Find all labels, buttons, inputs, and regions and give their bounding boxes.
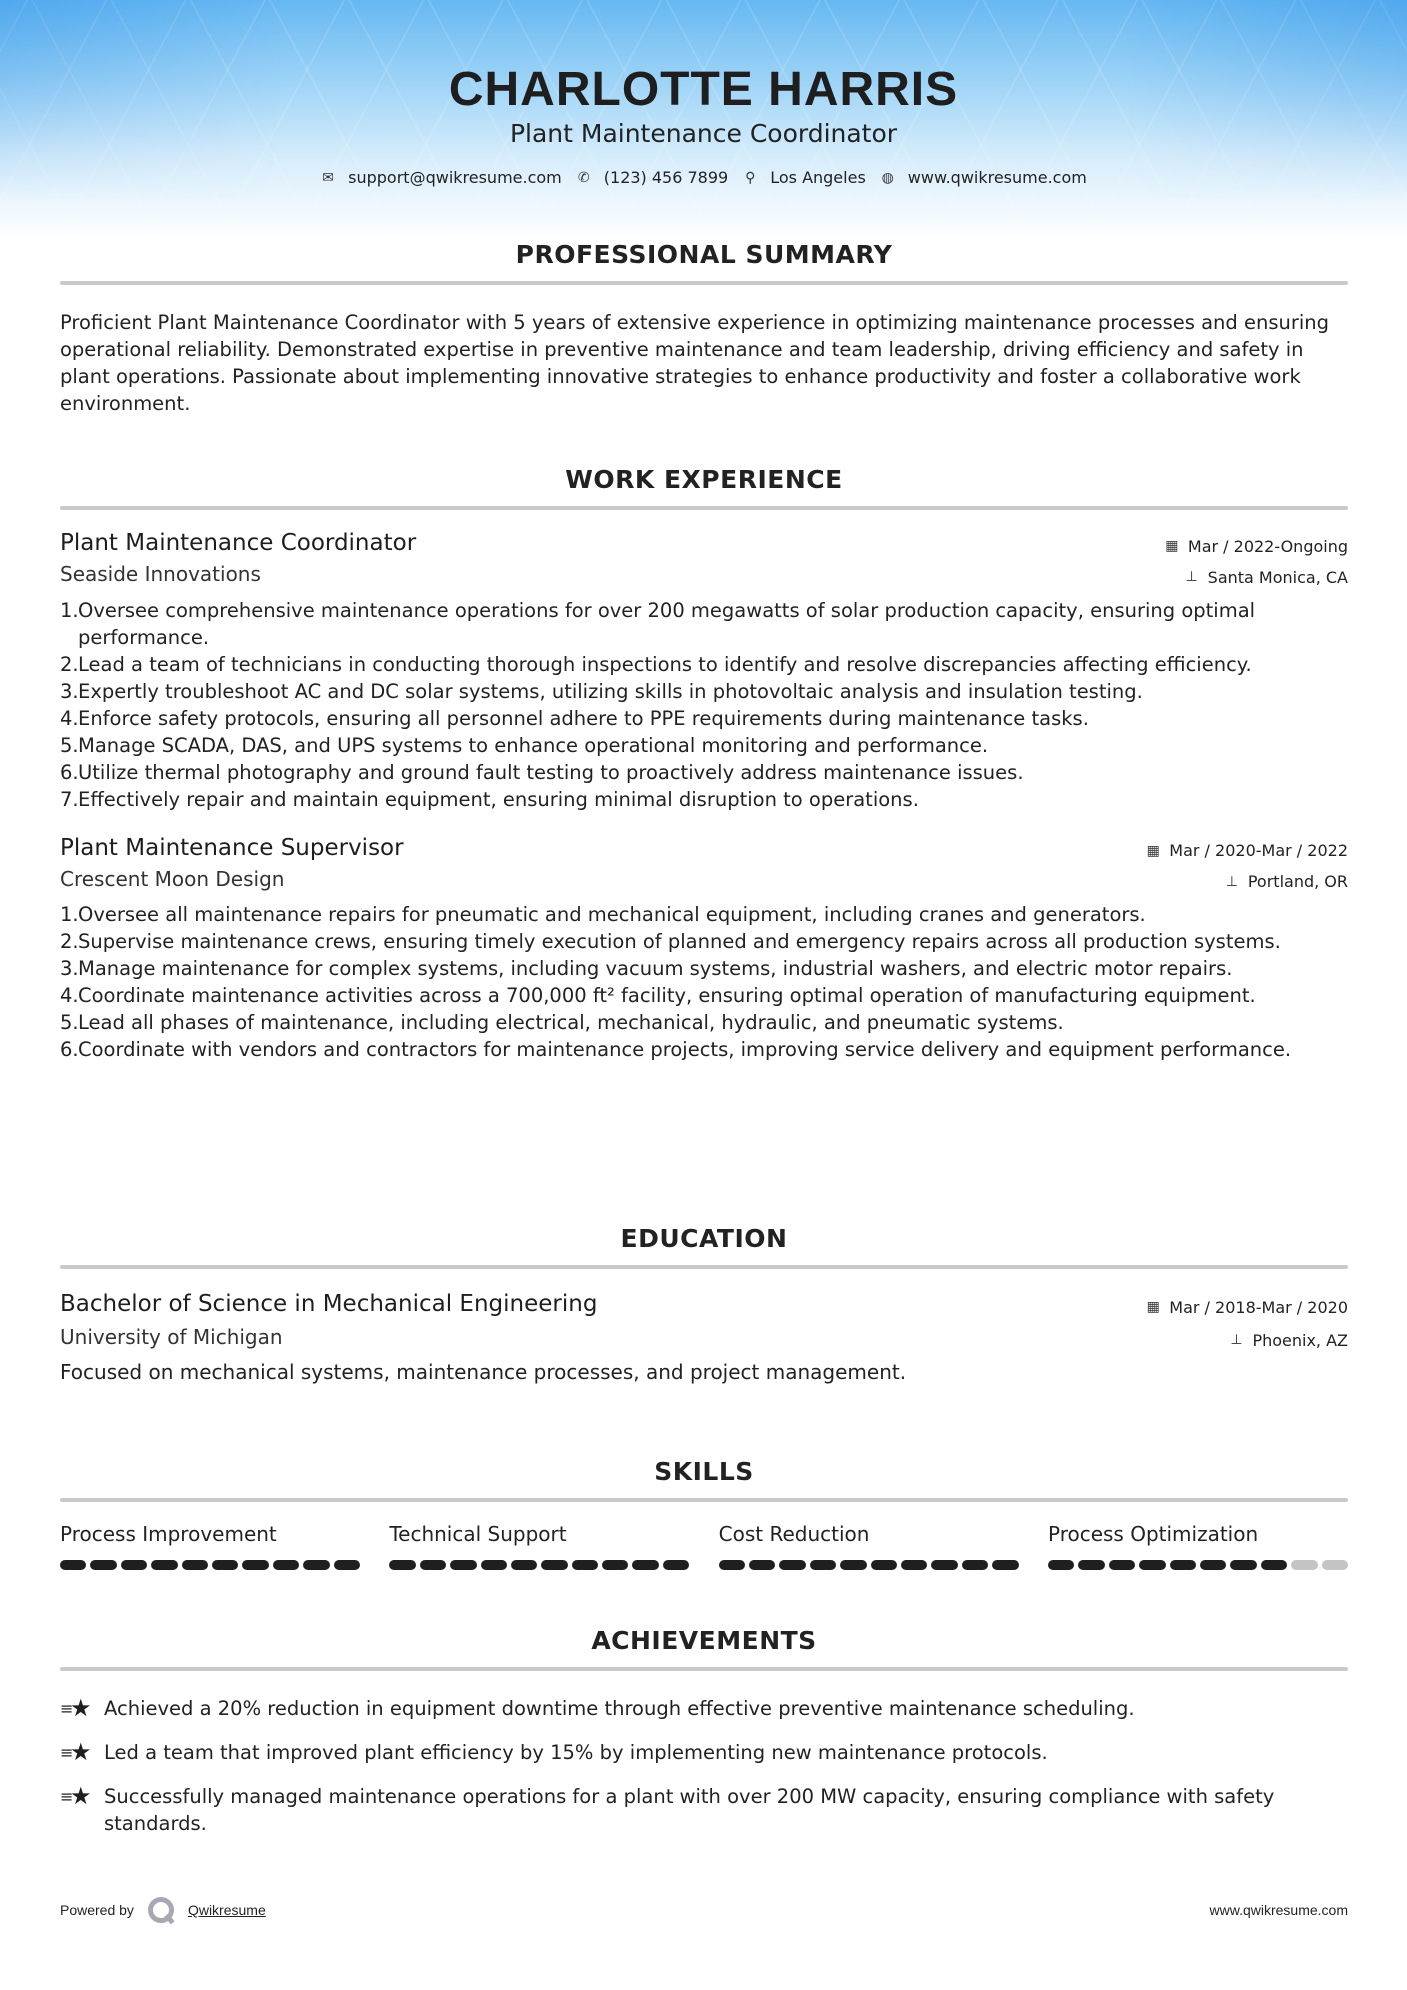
- candidate-title: Plant Maintenance Coordinator: [0, 119, 1407, 148]
- education-section: EDUCATION Bachelor of Science in Mechani…: [60, 1224, 1348, 1384]
- job-bullets: 1.Oversee comprehensive maintenance oper…: [60, 597, 1348, 813]
- bullet-item: 7.Effectively repair and maintain equipm…: [60, 786, 1348, 813]
- skill-item: Cost Reduction: [719, 1522, 1019, 1570]
- skill-level-segment: [602, 1560, 628, 1570]
- skill-level-segment: [1291, 1560, 1317, 1570]
- job-entry: Plant Maintenance Coordinator ▦Mar / 202…: [60, 530, 1348, 813]
- skill-level-segment: [1109, 1560, 1135, 1570]
- section-divider: [60, 1498, 1348, 1502]
- bullet-item: 3.Expertly troubleshoot AC and DC solar …: [60, 678, 1348, 705]
- skill-level-segment: [121, 1560, 147, 1570]
- section-heading-education: EDUCATION: [60, 1224, 1348, 1253]
- skill-level-segment: [749, 1560, 775, 1570]
- degree-title: Bachelor of Science in Mechanical Engine…: [60, 1291, 597, 1317]
- skill-level-segment: [541, 1560, 567, 1570]
- contact-email[interactable]: ✉support@qwikresume.com: [320, 168, 562, 187]
- section-divider: [60, 281, 1348, 285]
- skill-level-segment: [840, 1560, 866, 1570]
- achievements-list: ★Achieved a 20% reduction in equipment d…: [60, 1695, 1348, 1837]
- pushpin-icon: ⊥: [1224, 874, 1240, 890]
- footer-website[interactable]: www.qwikresume.com: [1210, 1902, 1348, 1918]
- shooting-star-icon: ★: [60, 1739, 104, 1766]
- bullet-item: 6.Coordinate with vendors and contractor…: [60, 1036, 1348, 1063]
- contact-website[interactable]: ◍www.qwikresume.com: [880, 168, 1087, 187]
- section-divider: [60, 1265, 1348, 1269]
- skill-level-segment: [992, 1560, 1018, 1570]
- skill-level-segment: [242, 1560, 268, 1570]
- bullet-item: 4.Enforce safety protocols, ensuring all…: [60, 705, 1348, 732]
- section-heading-skills: SKILLS: [60, 1457, 1348, 1486]
- powered-by-label: Powered by: [60, 1902, 134, 1918]
- bullet-item: 1.Oversee all maintenance repairs for pn…: [60, 901, 1348, 928]
- job-bullets: 1.Oversee all maintenance repairs for pn…: [60, 901, 1348, 1063]
- envelope-icon: ✉: [320, 170, 336, 186]
- skill-level-segment: [719, 1560, 745, 1570]
- job-location: Portland, OR: [1248, 872, 1348, 891]
- calendar-icon: ▦: [1145, 1299, 1161, 1315]
- calendar-icon: ▦: [1145, 843, 1161, 859]
- skill-level-bar: [60, 1560, 360, 1570]
- skill-level-segment: [481, 1560, 507, 1570]
- skill-level-bar: [1048, 1560, 1348, 1570]
- skill-name: Cost Reduction: [719, 1522, 1019, 1546]
- skill-level-segment: [663, 1560, 689, 1570]
- skill-level-segment: [450, 1560, 476, 1570]
- skill-level-segment: [273, 1560, 299, 1570]
- achievement-item: ★Led a team that improved plant efficien…: [60, 1739, 1348, 1766]
- pushpin-icon: ⊥: [1228, 1332, 1244, 1348]
- skill-level-segment: [511, 1560, 537, 1570]
- job-dates: Mar / 2020-Mar / 2022: [1169, 841, 1348, 860]
- section-heading-experience: WORK EXPERIENCE: [60, 465, 1348, 494]
- bullet-item: 5.Manage SCADA, DAS, and UPS systems to …: [60, 732, 1348, 759]
- candidate-name: CHARLOTTE HARRIS: [0, 62, 1407, 117]
- skill-level-segment: [212, 1560, 238, 1570]
- section-divider: [60, 506, 1348, 510]
- skill-level-segment: [931, 1560, 957, 1570]
- globe-icon: ◍: [880, 170, 896, 186]
- phone-icon: ✆: [576, 170, 592, 186]
- skill-level-segment: [151, 1560, 177, 1570]
- experience-section: WORK EXPERIENCE Plant Maintenance Coordi…: [60, 465, 1348, 1063]
- bullet-item: 6.Utilize thermal photography and ground…: [60, 759, 1348, 786]
- education-description: Focused on mechanical systems, maintenan…: [60, 1360, 1348, 1384]
- skill-level-bar: [389, 1560, 689, 1570]
- skill-level-segment: [1261, 1560, 1287, 1570]
- skill-item: Process Improvement: [60, 1522, 360, 1570]
- shooting-star-icon: ★: [60, 1783, 104, 1810]
- job-dates: Mar / 2022-Ongoing: [1188, 537, 1348, 556]
- school-name: University of Michigan: [60, 1325, 283, 1349]
- company-name: Crescent Moon Design: [60, 867, 284, 891]
- skill-level-segment: [334, 1560, 360, 1570]
- skill-level-segment: [1078, 1560, 1104, 1570]
- skill-item: Technical Support: [389, 1522, 689, 1570]
- bullet-item: 2.Lead a team of technicians in conducti…: [60, 651, 1348, 678]
- job-title: Plant Maintenance Coordinator: [60, 530, 416, 556]
- skill-name: Process Improvement: [60, 1522, 360, 1546]
- skills-list: Process ImprovementTechnical SupportCost…: [60, 1522, 1348, 1570]
- education-dates: Mar / 2018-Mar / 2020: [1169, 1298, 1348, 1317]
- skill-level-segment: [90, 1560, 116, 1570]
- skill-level-segment: [1200, 1560, 1226, 1570]
- summary-text: Proficient Plant Maintenance Coordinator…: [60, 309, 1348, 417]
- skill-name: Technical Support: [389, 1522, 689, 1546]
- summary-section: PROFESSIONAL SUMMARY Proficient Plant Ma…: [60, 240, 1348, 417]
- job-entry: Plant Maintenance Supervisor ▦Mar / 2020…: [60, 835, 1348, 1064]
- section-divider: [60, 1667, 1348, 1671]
- skill-level-segment: [389, 1560, 415, 1570]
- job-title: Plant Maintenance Supervisor: [60, 835, 404, 861]
- shooting-star-icon: ★: [60, 1695, 104, 1722]
- company-name: Seaside Innovations: [60, 562, 261, 586]
- skill-level-segment: [572, 1560, 598, 1570]
- skill-name: Process Optimization: [1048, 1522, 1348, 1546]
- education-location: Phoenix, AZ: [1252, 1331, 1348, 1350]
- skill-level-segment: [779, 1560, 805, 1570]
- contact-location: ⚲Los Angeles: [742, 168, 866, 187]
- contact-info: ✉support@qwikresume.com ✆(123) 456 7899 …: [0, 168, 1407, 187]
- footer: Powered by Qwikresume www.qwikresume.com: [60, 1897, 1348, 1923]
- achievement-item: ★Successfully managed maintenance operat…: [60, 1783, 1348, 1837]
- bullet-item: 1.Oversee comprehensive maintenance oper…: [60, 597, 1348, 651]
- skill-level-segment: [303, 1560, 329, 1570]
- skill-level-segment: [871, 1560, 897, 1570]
- pushpin-icon: ⊥: [1184, 569, 1200, 585]
- bullet-item: 3.Manage maintenance for complex systems…: [60, 955, 1348, 982]
- resume-header: CHARLOTTE HARRIS Plant Maintenance Coord…: [0, 0, 1407, 187]
- skills-section: SKILLS Process ImprovementTechnical Supp…: [60, 1457, 1348, 1570]
- skill-item: Process Optimization: [1048, 1522, 1348, 1570]
- skill-level-bar: [719, 1560, 1019, 1570]
- calendar-icon: ▦: [1164, 538, 1180, 554]
- skill-level-segment: [1139, 1560, 1165, 1570]
- contact-phone[interactable]: ✆(123) 456 7899: [576, 168, 728, 187]
- skill-level-segment: [182, 1560, 208, 1570]
- skill-level-segment: [810, 1560, 836, 1570]
- achievement-item: ★Achieved a 20% reduction in equipment d…: [60, 1695, 1348, 1722]
- skill-level-segment: [420, 1560, 446, 1570]
- section-heading-summary: PROFESSIONAL SUMMARY: [60, 240, 1348, 269]
- bullet-item: 4.Coordinate maintenance activities acro…: [60, 982, 1348, 1009]
- skill-level-segment: [632, 1560, 658, 1570]
- skill-level-segment: [1048, 1560, 1074, 1570]
- qwikresume-logo-icon: [148, 1897, 174, 1923]
- bullet-item: 2.Supervise maintenance crews, ensuring …: [60, 928, 1348, 955]
- skill-level-segment: [1230, 1560, 1256, 1570]
- achievements-section: ACHIEVEMENTS ★Achieved a 20% reduction i…: [60, 1626, 1348, 1854]
- section-heading-achievements: ACHIEVEMENTS: [60, 1626, 1348, 1655]
- map-marker-icon: ⚲: [742, 170, 758, 186]
- skill-level-segment: [901, 1560, 927, 1570]
- skill-level-segment: [1322, 1560, 1348, 1570]
- skill-level-segment: [1170, 1560, 1196, 1570]
- qwikresume-link[interactable]: Qwikresume: [188, 1902, 266, 1918]
- bullet-item: 5.Lead all phases of maintenance, includ…: [60, 1009, 1348, 1036]
- skill-level-segment: [60, 1560, 86, 1570]
- skill-level-segment: [962, 1560, 988, 1570]
- job-location: Santa Monica, CA: [1208, 568, 1348, 587]
